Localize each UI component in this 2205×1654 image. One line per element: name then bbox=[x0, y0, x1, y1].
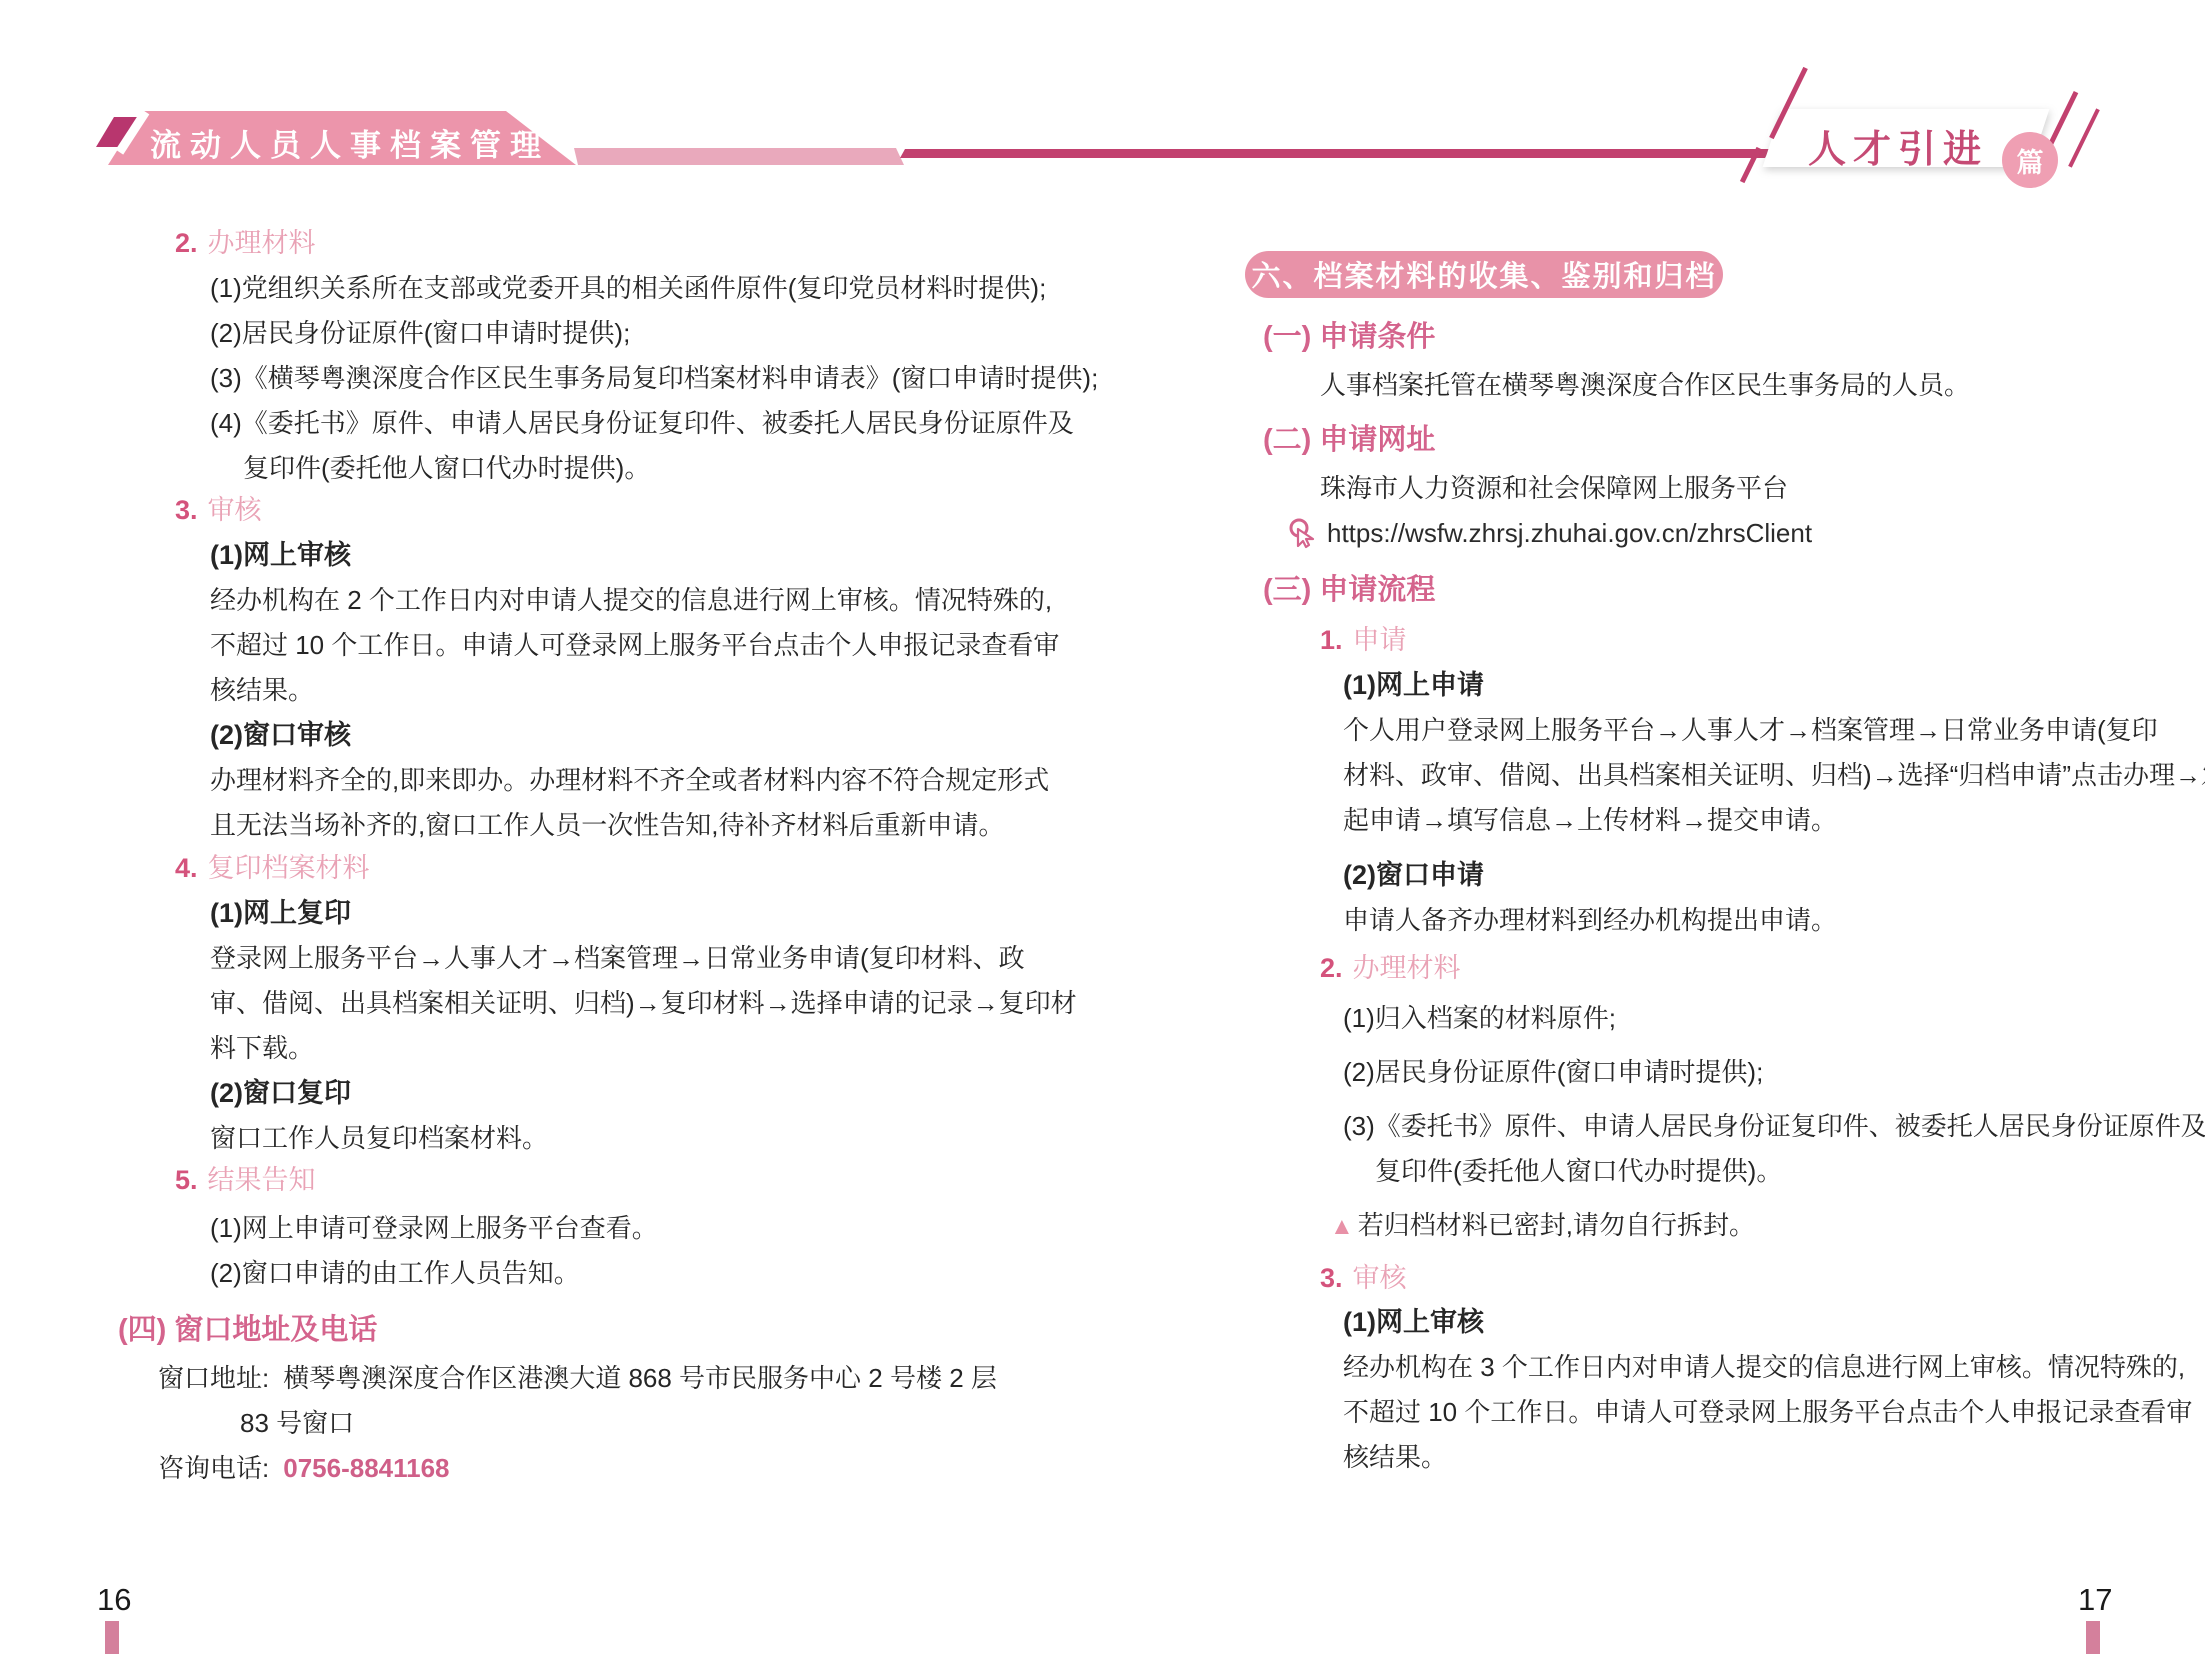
sub-heading: (1)网上复印 bbox=[210, 891, 351, 936]
body-text: 核结果。 bbox=[210, 668, 314, 713]
page-number-right: 17 bbox=[2078, 1582, 2112, 1618]
section-header: (二) 申请网址 bbox=[1263, 418, 1435, 463]
body-text: 窗口工作人员复印档案材料。 bbox=[210, 1116, 548, 1161]
list-item: (3)《横琴粤澳深度合作区民生事务局复印档案材料申请表》(窗口申请时提供); bbox=[210, 356, 1098, 401]
body-text: 且无法当场补齐的,窗口工作人员一次性告知,待补齐材料后重新申请。 bbox=[210, 803, 1004, 848]
section-header: (一) 申请条件 bbox=[1263, 315, 1435, 360]
numbered-heading: 3.审核 bbox=[175, 488, 262, 533]
body-text: 登录网上服务平台→人事人才→档案管理→日常业务申请(复印材料、政 bbox=[210, 936, 1025, 981]
topic-pill-header: 六、档案材料的收集、鉴别和归档 bbox=[1245, 251, 1723, 298]
body-text: 人事档案托管在横琴粤澳深度合作区民生事务局的人员。 bbox=[1320, 363, 1970, 408]
numbered-heading: 4.复印档案材料 bbox=[175, 846, 370, 891]
body-text: 不超过 10 个工作日。申请人可登录网上服务平台点击个人申报记录查看审 bbox=[1343, 1390, 2192, 1435]
sub-heading: (2)窗口申请 bbox=[1343, 853, 1484, 898]
list-item-continuation: 复印件(委托他人窗口代办时提供)。 bbox=[1375, 1149, 1782, 1194]
numbered-heading: 5.结果告知 bbox=[175, 1158, 316, 1203]
body-text: 办理材料齐全的,即来即办。办理材料不齐全或者材料内容不符合规定形式 bbox=[210, 758, 1049, 803]
list-item-continuation: 复印件(委托他人窗口代办时提供)。 bbox=[243, 446, 650, 491]
phone-number: 0756-8841168 bbox=[283, 1453, 449, 1483]
list-item: (1)归入档案的材料原件; bbox=[1343, 996, 1616, 1041]
body-text: 申请人备齐办理材料到经办机构提出申请。 bbox=[1343, 898, 1837, 943]
body-text: 个人用户登录网上服务平台→人事人才→档案管理→日常业务申请(复印 bbox=[1343, 708, 2158, 753]
list-item: (1)党组织关系所在支部或党委开具的相关函件原件(复印党员材料时提供); bbox=[210, 266, 1046, 311]
body-text: 料下载。 bbox=[210, 1026, 314, 1071]
numbered-heading: 2.办理材料 bbox=[175, 221, 316, 266]
list-item: (2)居民身份证原件(窗口申请时提供); bbox=[1343, 1050, 1763, 1095]
sub-heading: (1)网上申请 bbox=[1343, 663, 1484, 708]
body-text: 经办机构在 2 个工作日内对申请人提交的信息进行网上审核。情况特殊的, bbox=[210, 578, 1052, 623]
slash-decoration-icon bbox=[2068, 108, 2100, 167]
sub-heading: (1)网上审核 bbox=[1343, 1300, 1484, 1345]
page-number-bar bbox=[2086, 1621, 2100, 1654]
banner-mid-bar bbox=[574, 148, 904, 165]
sub-heading: (1)网上审核 bbox=[210, 533, 351, 578]
numbered-heading: 2.办理材料 bbox=[1320, 946, 1461, 991]
chapter-badge: 篇 bbox=[2002, 132, 2058, 188]
page-number-left: 16 bbox=[97, 1582, 131, 1618]
list-item: (4)《委托书》原件、申请人居民身份证复印件、被委托人居民身份证原件及 bbox=[210, 401, 1074, 446]
list-item: (2)窗口申请的由工作人员告知。 bbox=[210, 1251, 580, 1296]
section-header: (四) 窗口地址及电话 bbox=[118, 1308, 377, 1353]
body-text: 珠海市人力资源和社会保障网上服务平台 bbox=[1320, 466, 1788, 511]
triangle-bullet-icon: ▲ bbox=[1330, 1213, 1354, 1240]
body-text: 不超过 10 个工作日。申请人可登录网上服务平台点击个人申报记录查看审 bbox=[210, 623, 1059, 668]
list-item: (2)居民身份证原件(窗口申请时提供); bbox=[210, 311, 630, 356]
cursor-link-icon bbox=[1285, 516, 1319, 550]
section-plate-title: 人才引进 bbox=[1808, 118, 1988, 173]
body-text: 核结果。 bbox=[1343, 1435, 1447, 1480]
warning-note: ▲若归档材料已密封,请勿自行拆封。 bbox=[1330, 1203, 1755, 1248]
page-number-bar bbox=[105, 1621, 119, 1654]
body-text: 经办机构在 3 个工作日内对申请人提交的信息进行网上审核。情况特殊的, bbox=[1343, 1345, 2185, 1390]
chapter-title: 流动人员人事档案管理 bbox=[150, 120, 550, 165]
sub-heading: (2)窗口审核 bbox=[210, 713, 351, 758]
phone-line: 咨询电话:0756-8841168 bbox=[158, 1446, 450, 1491]
sub-heading: (2)窗口复印 bbox=[210, 1071, 351, 1116]
body-text: 材料、政审、借阅、出具档案相关证明、归档)→选择“归档申请”点击办理→发 bbox=[1343, 753, 2205, 798]
address-line: 窗口地址:横琴粤澳深度合作区港澳大道 868 号市民服务中心 2 号楼 2 层 bbox=[158, 1356, 997, 1401]
list-item: (1)网上申请可登录网上服务平台查看。 bbox=[210, 1206, 658, 1251]
numbered-heading: 3.审核 bbox=[1320, 1256, 1407, 1301]
document-page: 流动人员人事档案管理 人才引进 篇 2.办理材料 (1)党组织关系所在支部或党委… bbox=[0, 0, 2205, 1654]
address-line-continuation: 83 号窗口 bbox=[240, 1401, 354, 1446]
numbered-heading: 1.申请 bbox=[1320, 618, 1407, 663]
banner-accent-line bbox=[900, 149, 1770, 158]
service-url[interactable]: https://wsfw.zhrsj.zhuhai.gov.cn/zhrsCli… bbox=[1285, 511, 1812, 556]
list-item: (3)《委托书》原件、申请人居民身份证复印件、被委托人居民身份证原件及 bbox=[1343, 1104, 2205, 1149]
section-header: (三) 申请流程 bbox=[1263, 568, 1435, 613]
body-text: 审、借阅、出具档案相关证明、归档)→复印材料→选择申请的记录→复印材 bbox=[210, 981, 1077, 1026]
body-text: 起申请→填写信息→上传材料→提交申请。 bbox=[1343, 798, 1837, 843]
